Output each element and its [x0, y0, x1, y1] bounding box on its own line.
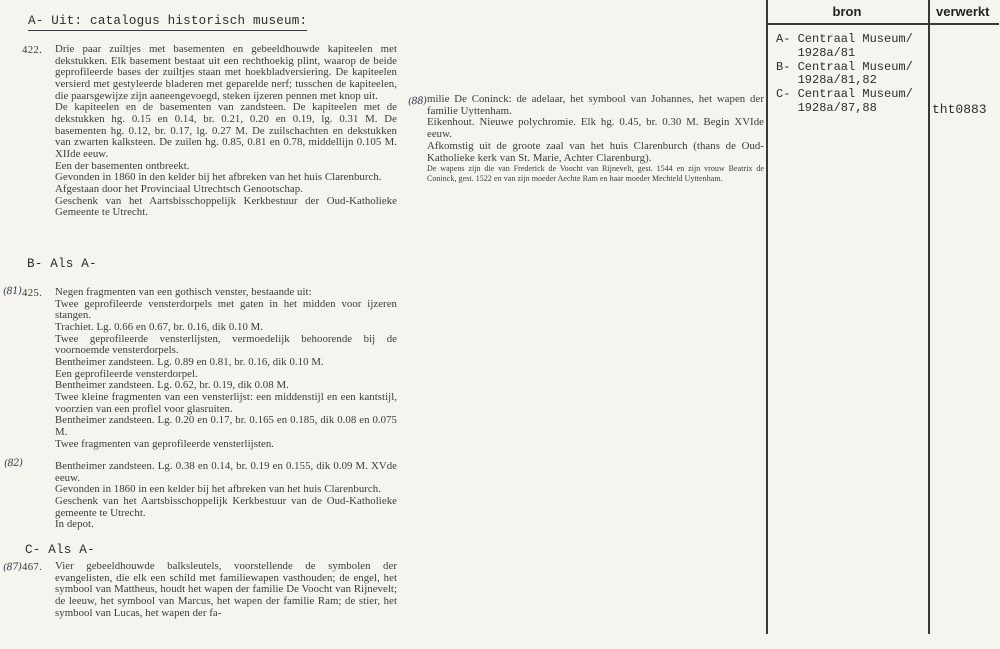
entry-422-body: Drie paar zuiltjes met basementen en geb…: [55, 44, 397, 219]
catalog-entry-82: (82) Bentheimer zandsteen. Lg. 0.38 en 0…: [3, 458, 399, 531]
bron-entry-ref: 1928a/87,88: [776, 102, 913, 116]
bron-entry-label: A-: [776, 32, 790, 46]
middle-column-continuation: (88) milie De Coninck: de adelaar, het s…: [408, 94, 764, 183]
verwerkt-column-header: verwerkt: [936, 4, 989, 19]
bron-entry: B-Centraal Museum/: [776, 61, 913, 75]
entry-number-425: 425.: [22, 287, 42, 299]
entry-paragraph: milie De Coninck: de adelaar, het symboo…: [427, 94, 764, 117]
table-rule-middle: [928, 0, 930, 634]
bron-column-header: bron: [766, 4, 928, 19]
middle-column-body: milie De Coninck: de adelaar, het symboo…: [427, 94, 764, 183]
bron-entry-source: Centraal Museum/: [798, 32, 913, 46]
bron-entry: A-Centraal Museum/: [776, 33, 913, 47]
entry-paragraph: Twee fragmenten van geprofileerde venste…: [55, 439, 397, 451]
footnote: De wapens zijn die van Frederick de Vooc…: [427, 164, 764, 183]
entry-paragraph: Bentheimer zandsteen. Lg. 0.20 en 0.17, …: [55, 415, 397, 438]
catalog-entry-425: (81) 425. Negen fragmenten van een gothi…: [3, 287, 399, 450]
section-heading-a-text: A- Uit: catalogus historisch museum:: [28, 14, 307, 31]
margin-annotation-81: (81): [3, 286, 22, 298]
bron-entry-list: A-Centraal Museum/ 1928a/81 B-Centraal M…: [776, 33, 913, 116]
entry-paragraph: Twee geprofileerde vensterdorpels met ga…: [55, 299, 397, 322]
entry-paragraph: Bentheimer zandsteen. Lg. 0.89 en 0.81, …: [55, 357, 397, 369]
entry-paragraph: De kapiteelen en de basementen van zands…: [55, 102, 397, 160]
entry-paragraph: Twee geprofileerde vensterlijsten, vermo…: [55, 334, 397, 357]
entry-paragraph: Geschenk van het Aartsbisschoppelijk Ker…: [55, 496, 397, 519]
bron-entry-ref: 1928a/81: [776, 47, 913, 61]
bron-entry: C-Centraal Museum/: [776, 88, 913, 102]
entry-paragraph: Afgestaan door het Provinciaal Utrechtsc…: [55, 184, 397, 196]
margin-annotation-88: (88): [408, 96, 427, 108]
entry-paragraph: Twee kleine fragmenten van een vensterli…: [55, 392, 397, 415]
section-heading-b: B- Als A-: [27, 257, 97, 271]
margin-annotation-82: (82): [4, 458, 23, 470]
bron-entry-ref: 1928a/81,82: [776, 74, 913, 88]
bron-entry-label: B-: [776, 60, 790, 74]
verwerkt-value: tht0883: [932, 102, 987, 117]
entry-number-422: 422.: [22, 44, 42, 56]
entry-paragraph: Afkomstig uit de groote zaal van het hui…: [427, 141, 764, 164]
entry-paragraph: Bentheimer zandsteen. Lg. 0.38 en 0.14, …: [55, 461, 397, 484]
table-header-rule: [766, 23, 999, 25]
section-heading-c: C- Als A-: [25, 543, 95, 557]
catalog-entry-467: (87) 467. Vier gebeeldhouwde balksleutel…: [3, 561, 399, 619]
bron-entry-source: Centraal Museum/: [798, 87, 913, 101]
section-heading-a: A- Uit: catalogus historisch museum:: [28, 14, 307, 28]
catalog-entry-422: 422. Drie paar zuiltjes met basementen e…: [3, 44, 399, 219]
entry-paragraph: Eikenhout. Nieuwe polychromie. Elk hg. 0…: [427, 117, 764, 140]
document-page: A- Uit: catalogus historisch museum: 422…: [0, 0, 1000, 649]
bron-entry-label: C-: [776, 87, 790, 101]
entry-paragraph: Drie paar zuiltjes met basementen en geb…: [55, 44, 397, 102]
entry-paragraph: Negen fragmenten van een gothisch venste…: [55, 287, 397, 299]
entry-paragraph: In depot.: [55, 519, 397, 531]
entry-paragraph: Trachiet. Lg. 0.66 en 0.67, br. 0.16, di…: [55, 322, 397, 334]
entry-number-467: 467.: [22, 561, 42, 573]
entry-82-body: Bentheimer zandsteen. Lg. 0.38 en 0.14, …: [55, 461, 397, 531]
bron-entry-source: Centraal Museum/: [798, 60, 913, 74]
entry-467-body: Vier gebeeldhouwde balksleutels, voorste…: [55, 561, 397, 619]
table-rule-left: [766, 0, 768, 634]
entry-425-body: Negen fragmenten van een gothisch venste…: [55, 287, 397, 450]
margin-annotation-87: (87): [3, 562, 22, 574]
entry-paragraph: Geschenk van het Aartsbisschoppelijk Ker…: [55, 196, 397, 219]
entry-paragraph: Vier gebeeldhouwde balksleutels, voorste…: [55, 561, 397, 619]
